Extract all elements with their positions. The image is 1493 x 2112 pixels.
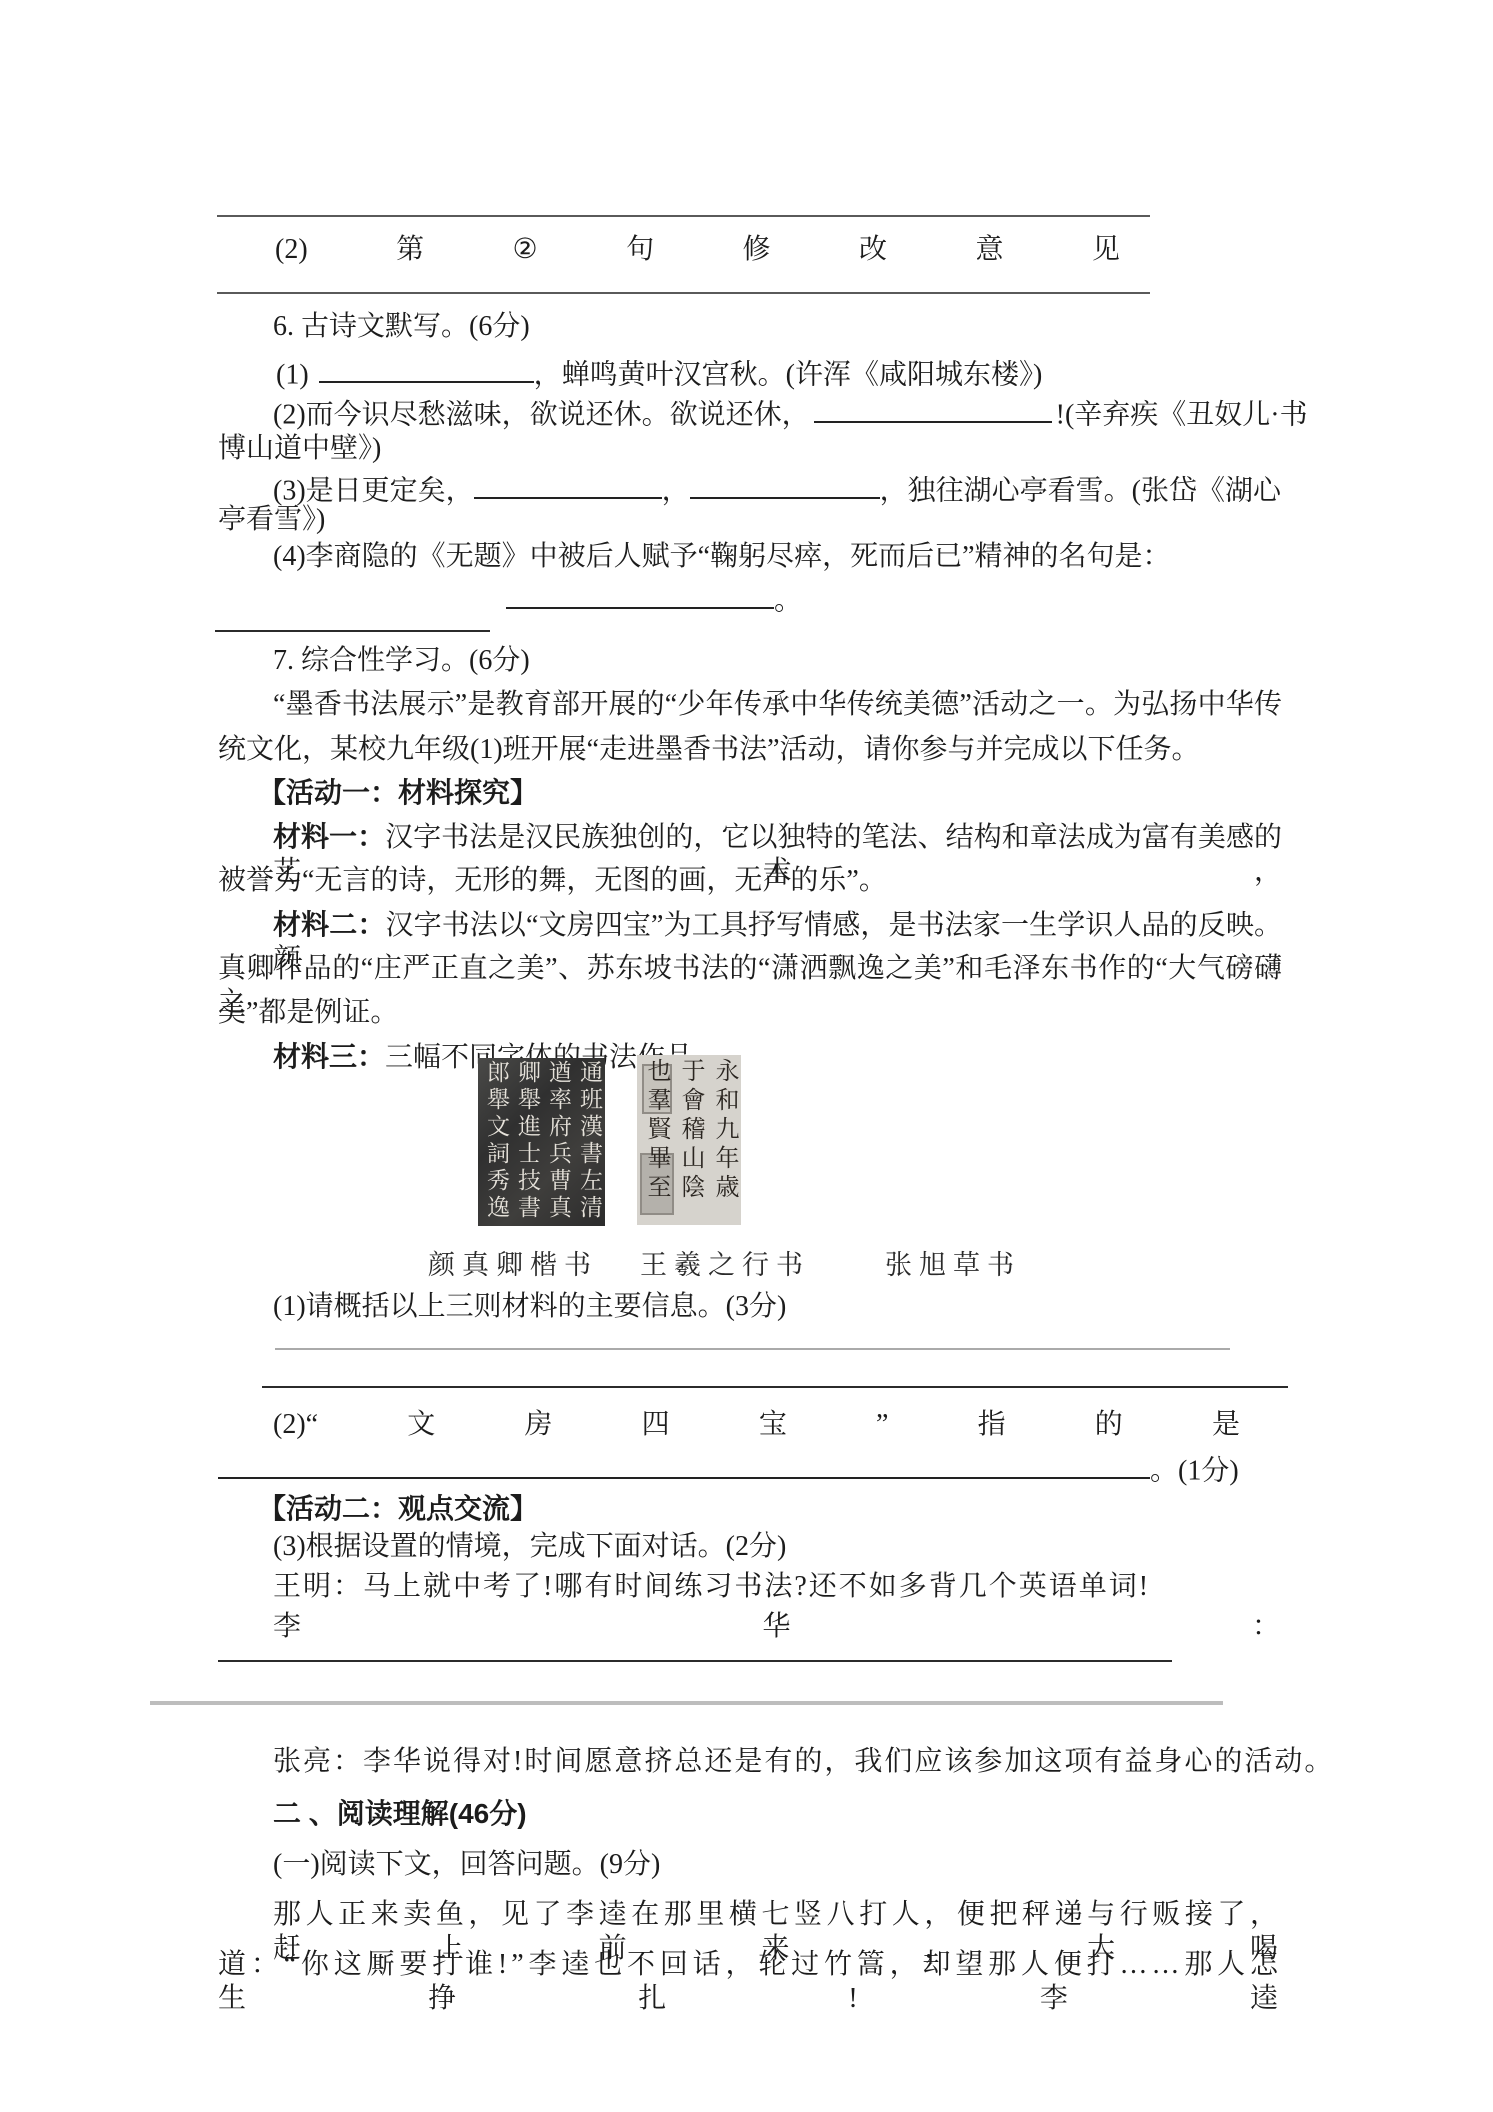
q7-sub1: (1)请概括以上三则材料的主要信息。(3分) — [273, 1290, 786, 1324]
material2-label: 材料二： — [273, 909, 385, 940]
q7-sub2-answer: 。(1分) — [218, 1448, 1239, 1488]
q6-item-2-line-2: 博山道中壁》) — [218, 432, 381, 466]
q6-item-3-pre: (3)是日更定矣， — [273, 475, 474, 506]
caption-zhang-xu: 张旭草书 — [885, 1243, 1021, 1282]
q5-spread-item: 句 — [626, 233, 654, 267]
q6-item-4-line-1: (4)李商隐的《无题》中被后人赋予“鞠躬尽瘁，死而后已”精神的名句是： — [273, 540, 1171, 574]
q7-sub2-item: (2)“ — [273, 1408, 318, 1442]
section2-sub: (一)阅读下文，回答问题。(9分) — [273, 1848, 660, 1882]
q7-intro-line-2: 统文化，某校九年级(1)班开展“走进墨香书法”活动，请你参与并完成以下任务。 — [218, 733, 1200, 767]
section2-title: 二 、阅读理解(46分) — [273, 1797, 527, 1831]
q7-sub2-item: 文 — [407, 1408, 435, 1442]
q6-item-1-text: ，蝉鸣黄叶汉宫秋。(许浑《咸阳城东楼》) — [534, 359, 1043, 390]
q6-item-2-pre: (2)而今识尽愁滋味，欲说还休。欲说还休， — [273, 399, 810, 430]
li-hua-item: 李 — [273, 1610, 303, 1644]
dialogue-li-hua-row: 李 华 ： — [273, 1610, 1282, 1644]
answer-blank — [319, 352, 534, 383]
q7-intro-line-1: “墨香书法展示”是教育部开展的“少年传承中华传统美德”活动之一。为弘扬中华传 — [273, 688, 1282, 722]
caption-yan-zhenqing: 颜真卿楷书 — [428, 1243, 598, 1282]
activity2-heading: 【活动二：观点交流】 — [258, 1492, 538, 1526]
answer-line — [218, 1660, 1172, 1662]
material1-label: 材料一： — [273, 821, 385, 852]
q6-item-2-post: !(辛弃疾《丑奴儿·书 — [1056, 399, 1308, 430]
answer-blank — [690, 468, 880, 499]
q7-sub2-item: ” — [876, 1408, 888, 1442]
caption-wang-xizhi: 王羲之行书 — [640, 1243, 810, 1282]
li-hua-item: ： — [1252, 1610, 1282, 1644]
stray-answer-line — [215, 630, 490, 632]
q6-title: 6. 古诗文默写。(6分) — [273, 310, 530, 344]
activity1-heading: 【活动一：材料探究】 — [258, 776, 538, 810]
answer-box-bottom-line — [217, 292, 1150, 294]
q7-sub3: (3)根据设置的情境，完成下面对话。(2分) — [273, 1530, 786, 1564]
q5-spread-item: 第 — [396, 233, 424, 267]
q6-item-3-comma: ， — [662, 475, 690, 506]
q6-item-2-line-1: (2)而今识尽愁滋味，欲说还休。欲说还休，!(辛弃疾《丑奴儿·书 — [273, 392, 1308, 432]
q6-item-3-post: ，独往湖心亭看雪。(张岱《湖心 — [880, 475, 1281, 506]
excerpt-line-2: 道：“你这厮要打谁!”李逵也不回话，轮过竹篙，却望那人便打……那人怎生挣扎!李逵 — [218, 1948, 1282, 2015]
calligraphy-image-yan-zhenqing: 通班漢書左清遒率府兵曹真卿舉進士技書郎舉文詞秀逸 — [478, 1058, 605, 1226]
q6-item-4-answer: 。 — [506, 578, 802, 618]
q5-spread-item: 意 — [975, 233, 1003, 267]
q5-revision-row: (2) 第 ② 句 修 改 意 见 — [275, 233, 1120, 267]
calligraphy-image-wang-xizhi: 永和九年歳于會稽山陰也羣賢畢至 — [637, 1055, 741, 1225]
li-hua-item: 华 — [762, 1610, 792, 1644]
q7-title: 7. 综合性学习。(6分) — [273, 644, 530, 678]
answer-line — [275, 1348, 1230, 1350]
q5-spread-item: 改 — [859, 233, 887, 267]
q6-item-1: (1)，蝉鸣黄叶汉宫秋。(许浑《咸阳城东楼》) — [276, 352, 1042, 392]
q7-sub2-item: 四 — [642, 1408, 670, 1442]
q7-sub2-item: 是 — [1212, 1408, 1240, 1442]
dialogue-wang-ming: 王明：马上就中考了!哪有时间练习书法?还不如多背几个英语单词! — [273, 1570, 1150, 1604]
q6-item-3-line-1: (3)是日更定矣，，，独往湖心亭看雪。(张岱《湖心 — [273, 468, 1281, 508]
q7-sub2-item: 的 — [1095, 1408, 1123, 1442]
q7-sub2-item: 宝 — [759, 1408, 787, 1442]
q6-item-3-line-2: 亭看雪》) — [218, 503, 325, 537]
q5-spread-item: ② — [513, 233, 538, 267]
q7-sub2-item: 指 — [978, 1408, 1006, 1442]
answer-blank — [814, 392, 1052, 423]
q5-spread-item: (2) — [275, 233, 308, 267]
q7-sub2-item: 房 — [524, 1408, 552, 1442]
q7-sub2-row: (2)“ 文 房 四 宝 ” 指 的 是 — [273, 1408, 1240, 1442]
answer-blank — [218, 1448, 1150, 1479]
calligraphy2-characters: 永和九年歳于會稽山陰也羣賢畢至 — [643, 1058, 737, 1203]
calligraphy1-characters: 通班漢書左清遒率府兵曹真卿舉進士技書郎舉文詞秀逸 — [484, 1060, 602, 1222]
answer-blank — [506, 578, 774, 609]
q5-spread-item: 见 — [1092, 233, 1120, 267]
q6-item-4-period: 。 — [774, 585, 802, 616]
answer-line — [262, 1386, 1288, 1388]
separator-line — [150, 1701, 1223, 1705]
material1-line-2: 被誉为“无言的诗，无形的舞，无图的画，无声的乐”。 — [218, 864, 887, 898]
material3-label: 材料三： — [273, 1041, 385, 1072]
q5-spread-item: 修 — [743, 233, 771, 267]
q6-item-1-number: (1) — [276, 359, 309, 390]
exam-page: (2) 第 ② 句 修 改 意 见 6. 古诗文默写。(6分) (1)，蝉鸣黄叶… — [0, 0, 1493, 2112]
answer-blank — [474, 468, 662, 499]
q7-sub2-tail: 。(1分) — [1150, 1455, 1239, 1486]
dialogue-zhang-liang: 张亮：李华说得对!时间愿意挤总还是有的，我们应该参加这项有益身心的活动。 — [273, 1745, 1334, 1779]
material2-line-3: 美”都是例证。 — [218, 996, 398, 1030]
answer-box-top-line — [217, 215, 1150, 217]
